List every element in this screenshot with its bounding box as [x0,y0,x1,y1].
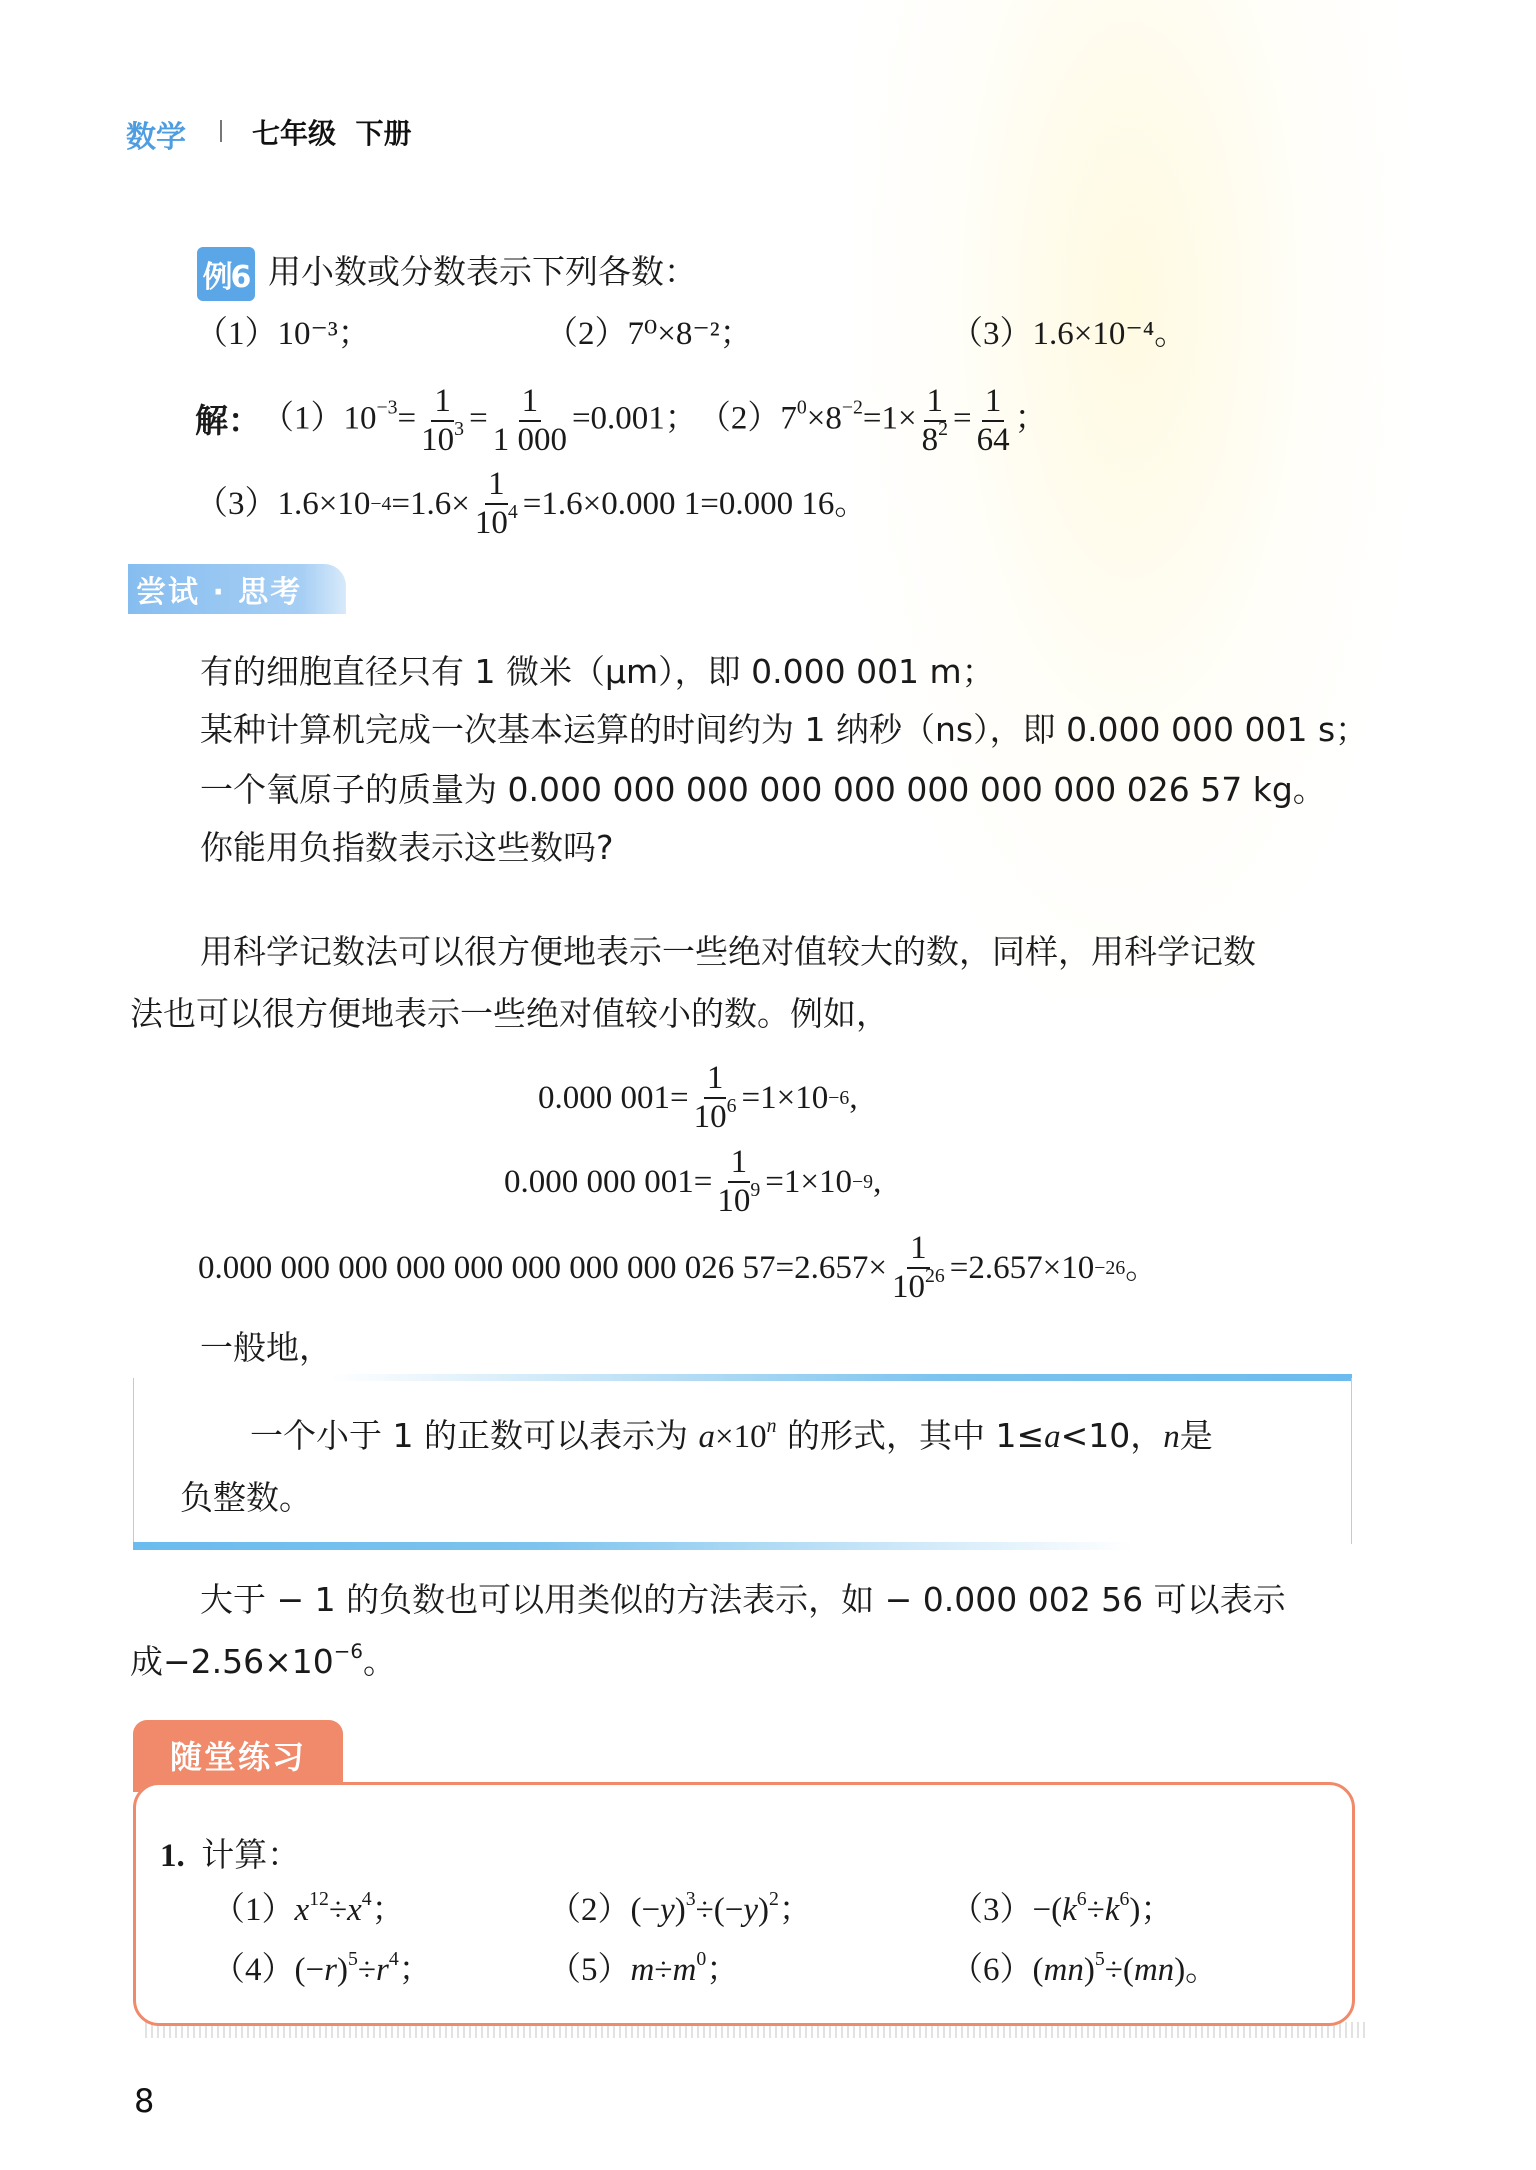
den-exp: 9 [750,1179,760,1201]
item-label: （6） [950,1952,1033,1988]
equation-1: 0.000 001=1106=1×10−6, [538,1062,858,1134]
note-exp: −6 [334,1640,363,1663]
page-number: 8 [134,2082,154,2120]
eq-left: 0.000 001 [538,1078,670,1118]
question-number: 1. [160,1838,185,1874]
eq-right-base: 2.657×10 [968,1248,1094,1288]
equation-2: 0.000 000 001=1109=1×10−9, [504,1146,881,1218]
eq-mid: 2.657× [794,1248,887,1288]
background-glow [850,0,1410,1000]
def-text-b: 的形式，其中 1≤ [776,1416,1044,1455]
practice-item-2: （2）(−y)3÷(−y)2； [548,1890,812,1930]
def-text-a: 一个小于 1 的正数可以表示为 [250,1416,698,1455]
item-label: （1） [195,316,278,352]
eq-left: 0.000 000 001 [504,1162,694,1202]
note-prefix: 成−2.56×10 [130,1642,334,1681]
example-prompt: 用小数或分数表示下列各数： [268,252,697,292]
solution-1: （1）10−3=1103=11 000=0.001； [261,385,698,457]
item-label: （3） [950,316,1033,352]
practice-item-4: （4）(−r)5÷r4； [212,1950,432,1990]
def-text-d: 是 [1180,1416,1213,1455]
item-label: （4） [212,1952,295,1988]
header-divider [220,120,222,142]
item-label: （1） [212,1892,295,1928]
negative-note-line-1: 大于 − 1 的负数也可以用类似的方法表示，如 − 0.000 002 56 可… [200,1580,1286,1620]
example-item-3: （3）1.6×10⁻⁴。 [950,314,1187,354]
practice-item-1: （1）x12÷x4； [212,1890,405,1930]
example-item-1: （1）10⁻³； [195,314,371,354]
solution-2: （2）70×8−2=1×182=164； [698,385,1048,457]
try-think-line-1: 有的细胞直径只有 1 微米（μm），即 0.000 001 m； [200,652,995,692]
den-exp: 6 [727,1095,737,1117]
item-expr: 7⁰×8⁻²； [628,316,753,352]
header-grade: 七年级 下册 [252,112,412,152]
definition-bottom-bar [133,1542,1133,1550]
def-text-c: <10， [1061,1416,1164,1455]
try-think-line-3: 一个氧原子的质量为 0.000 000 000 000 000 000 000 … [200,770,1326,810]
explanation-line-2: 法也可以很方便地表示一些绝对值较小的数。例如， [130,994,889,1034]
den-base: 10 [694,1099,727,1135]
den-base: 10 [717,1183,750,1219]
definition-box [133,1378,1352,1544]
item-expr: 1.6×10⁻⁴。 [1033,316,1188,352]
solution-3: （3）1.6×10−4=1.6×1104=1.6×0.000 1=0.000 1… [195,468,867,540]
item-label: （5） [548,1952,631,1988]
example-item-2: （2）7⁰×8⁻²； [545,314,753,354]
item-label: （3） [950,1892,1033,1928]
den-exp: 26 [925,1265,945,1287]
practice-item-5: （5）m÷m0； [548,1950,739,1990]
header-subject: 数学 [126,112,186,156]
explanation-line-1: 用科学记数法可以很方便地表示一些绝对值较大的数，同样，用科学记数 [200,932,1256,972]
eq-left: 0.000 000 000 000 000 000 000 000 026 57 [198,1248,776,1288]
header-grade-text: 七年级 [252,117,336,150]
eq-right-base: 1×10 [784,1162,852,1202]
practice-item-6: （6）(mn)5÷(mn)。 [950,1950,1218,1990]
item-label: （2） [545,316,628,352]
solution-line-1: 解： （1）10−3=1103=11 000=0.001； （2）70×8−2=… [195,385,1048,457]
try-think-banner: 尝试 · 思考 [128,564,346,614]
equation-3: 0.000 000 000 000 000 000 000 000 026 57… [198,1232,1158,1304]
header-volume-text: 下册 [356,117,412,150]
definition-line-1: 一个小于 1 的正数可以表示为 a×10n 的形式，其中 1≤a<10，n是 [250,1416,1213,1457]
example-badge: 例6 [197,247,255,301]
try-think-line-2: 某种计算机完成一次基本运算的时间约为 1 纳秒（ns），即 0.000 000 … [200,710,1368,750]
item-expr: 10⁻³； [278,316,371,352]
note-suffix: 。 [363,1642,396,1681]
practice-question: 1. 计算： [160,1836,300,1876]
item-label: （2） [548,1892,631,1928]
practice-item-3: （3）−(k6÷k6)； [950,1890,1173,1930]
den-base: 10 [892,1269,925,1305]
negative-note-line-2: 成−2.56×10−6。 [130,1642,396,1682]
question-label: 计算： [201,1838,300,1874]
general-intro: 一般地， [200,1328,332,1368]
try-think-line-4: 你能用负指数表示这些数吗? [200,828,614,868]
solution-label: 解： [195,401,261,441]
definition-line-2: 负整数。 [180,1478,312,1518]
eq-right-base: 1×10 [760,1078,828,1118]
